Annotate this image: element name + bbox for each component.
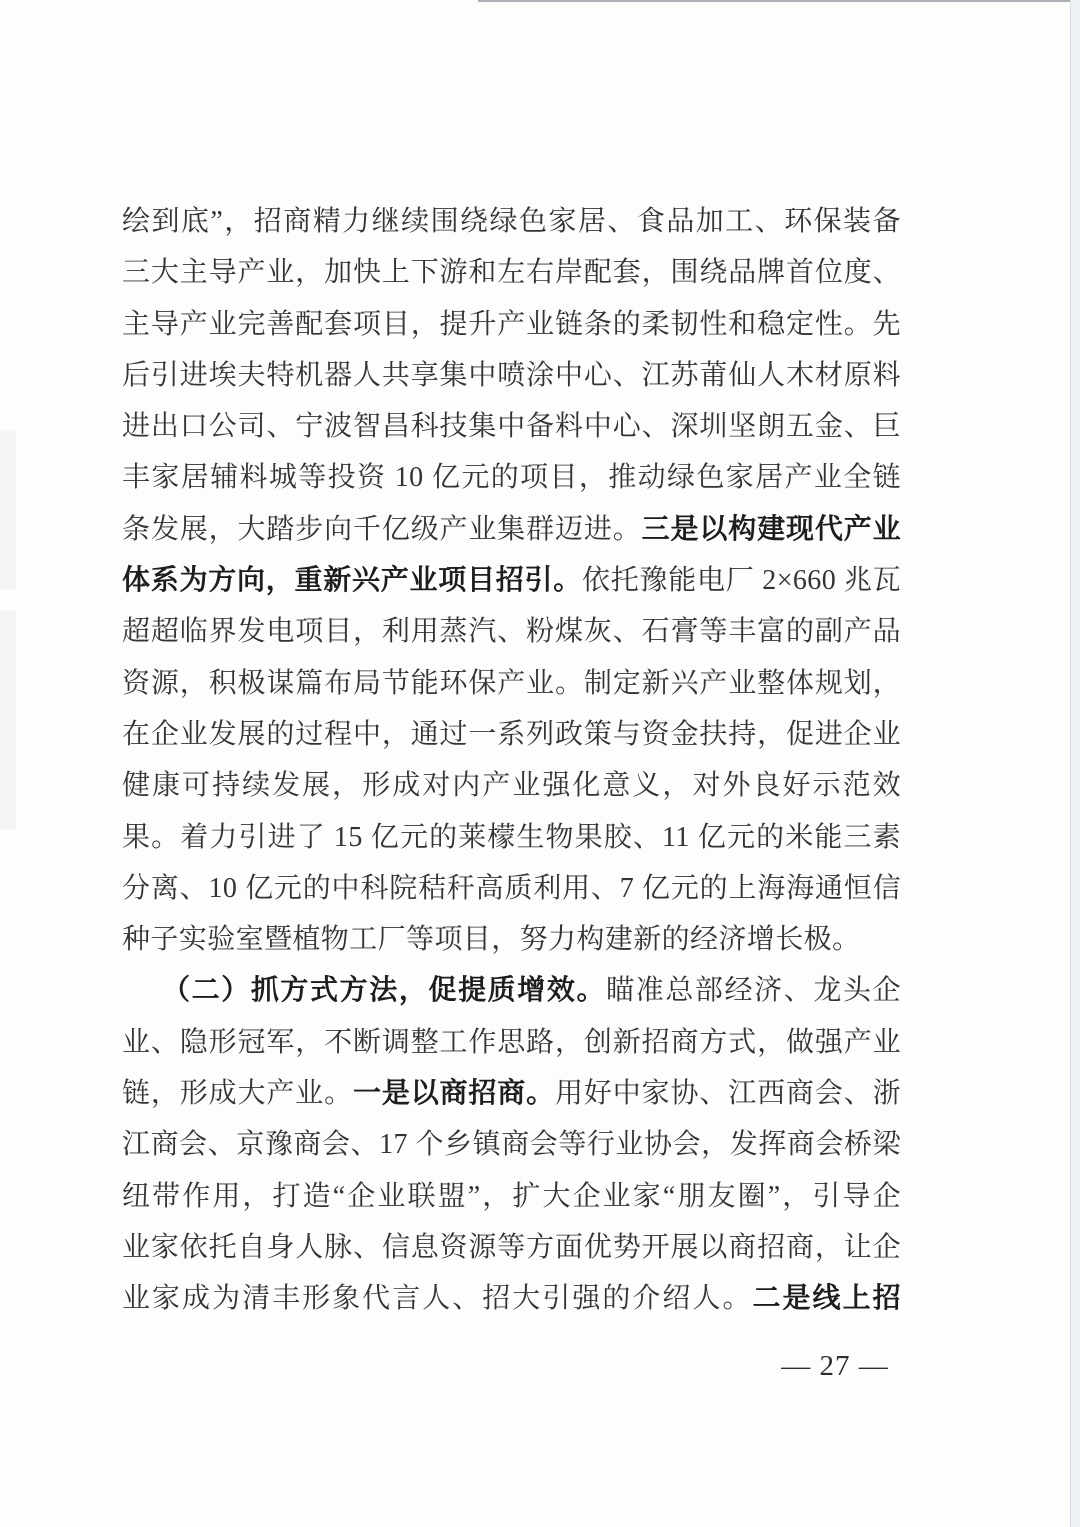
text-segment: 绘到底”，招商精力继续围绕绿色家居、食品加工、环保装备 — [122, 206, 901, 237]
text-line: 链，形成大产业。一是以商招商。用好中家协、江西商会、浙 — [122, 1068, 901, 1119]
text-segment: 链，形成大产业。 — [122, 1078, 353, 1109]
text-segment: 后引进埃夫特机器人共享集中喷涂中心、江苏莆仙人木材原料 — [122, 360, 901, 391]
text-line: 在企业发展的过程中，通过一系列政策与资金扶持，促进企业 — [122, 709, 901, 760]
text-segment: 纽带作用，打造“企业联盟”，扩大企业家“朋友圈”，引导企 — [122, 1181, 901, 1212]
text-line: 业家成为清丰形象代言人、招大引强的介绍人。二是线上招 — [122, 1273, 901, 1324]
text-line: 业、隐形冠军，不断调整工作思路，创新招商方式，做强产业 — [122, 1017, 901, 1068]
scan-edge-artifact-right — [1070, 0, 1080, 1527]
text-line: 业家依托自身人脉、信息资源等方面优势开展以商招商，让企 — [122, 1222, 901, 1273]
text-line: 资源，积极谋篇布局节能环保产业。制定新兴产业整体规划， — [122, 658, 901, 709]
text-line: 果。着力引进了 15 亿元的莱檬生物果胶、11 亿元的米能三素 — [122, 812, 901, 863]
text-line: 健康可持续发展，形成对内产业强化意义，对外良好示范效 — [122, 760, 901, 811]
text-line: 种子实验室暨植物工厂等项目，努力构建新的经济增长极。 — [122, 914, 901, 965]
text-segment: 条发展，大踏步向千亿级产业集群迈进。 — [122, 514, 642, 545]
text-segment: 瞄准总部经济、龙头企 — [606, 975, 901, 1006]
text-line: 进出口公司、宁波智昌科技集中备料中心、深圳坚朗五金、巨 — [122, 401, 901, 452]
text-line: （二）抓方式方法，促提质增效。瞄准总部经济、龙头企 — [122, 965, 901, 1016]
document-text: 绘到底”，招商精力继续围绕绿色家居、食品加工、环保装备三大主导产业，加快上下游和… — [122, 196, 901, 1325]
text-segment: 在企业发展的过程中，通过一系列政策与资金扶持，促进企业 — [122, 719, 901, 750]
text-segment: 依托豫能电厂 2×660 兆瓦 — [582, 565, 901, 596]
text-segment: 果。着力引进了 15 亿元的莱檬生物果胶、11 亿元的米能三素 — [122, 822, 901, 853]
scan-edge-artifact-top — [478, 0, 1080, 3]
bold-text-segment: （二）抓方式方法，促提质增效。 — [162, 975, 606, 1006]
text-line: 分离、10 亿元的中科院秸秆高质利用、7 亿元的上海海通恒信 — [122, 863, 901, 914]
text-segment: 分离、10 亿元的中科院秸秆高质利用、7 亿元的上海海通恒信 — [122, 873, 901, 904]
text-line: 江商会、京豫商会、17 个乡镇商会等行业协会，发挥商会桥梁 — [122, 1119, 901, 1170]
text-segment: 丰家居辅料城等投资 10 亿元的项目，推动绿色家居产业全链 — [122, 462, 901, 493]
text-segment: 资源，积极谋篇布局节能环保产业。制定新兴产业整体规划， — [122, 668, 901, 699]
text-segment: 业家依托自身人脉、信息资源等方面优势开展以商招商，让企 — [122, 1232, 901, 1263]
text-line: 条发展，大踏步向千亿级产业集群迈进。三是以构建现代产业 — [122, 504, 901, 555]
text-line: 后引进埃夫特机器人共享集中喷涂中心、江苏莆仙人木材原料 — [122, 350, 901, 401]
text-segment: 业、隐形冠军，不断调整工作思路，创新招商方式，做强产业 — [122, 1027, 901, 1058]
bold-text-segment: 三是以构建现代产业 — [642, 514, 901, 545]
page-number: — 27 — — [760, 1350, 910, 1383]
bold-text-segment: 二是线上招 — [753, 1283, 902, 1314]
text-segment: 用好中家协、江西商会、浙 — [555, 1078, 901, 1109]
bold-text-segment: 一是以商招商。 — [353, 1078, 555, 1109]
text-segment: 三大主导产业，加快上下游和左右岸配套，围绕品牌首位度、 — [122, 257, 901, 288]
text-line: 三大主导产业，加快上下游和左右岸配套，围绕品牌首位度、 — [122, 247, 901, 298]
scan-smudge-left — [0, 430, 16, 590]
text-segment: 江商会、京豫商会、17 个乡镇商会等行业协会，发挥商会桥梁 — [122, 1129, 901, 1160]
text-line: 丰家居辅料城等投资 10 亿元的项目，推动绿色家居产业全链 — [122, 452, 901, 503]
text-line: 主导产业完善配套项目，提升产业链条的柔韧性和稳定性。先 — [122, 299, 901, 350]
text-segment: 主导产业完善配套项目，提升产业链条的柔韧性和稳定性。先 — [122, 309, 901, 340]
text-line: 超超临界发电项目，利用蒸汽、粉煤灰、石膏等丰富的副产品 — [122, 606, 901, 657]
text-segment: 业家成为清丰形象代言人、招大引强的介绍人。 — [122, 1283, 753, 1314]
text-segment: 进出口公司、宁波智昌科技集中备料中心、深圳坚朗五金、巨 — [122, 411, 901, 442]
text-segment: 种子实验室暨植物工厂等项目，努力构建新的经济增长极。 — [122, 924, 860, 955]
text-segment: 健康可持续发展，形成对内产业强化意义，对外良好示范效 — [122, 770, 901, 801]
scan-smudge-left — [0, 610, 16, 830]
bold-text-segment: 体系为方向，重新兴产业项目招引。 — [122, 565, 582, 596]
text-segment: 超超临界发电项目，利用蒸汽、粉煤灰、石膏等丰富的副产品 — [122, 616, 901, 647]
scanned-document-page: 绘到底”，招商精力继续围绕绿色家居、食品加工、环保装备三大主导产业，加快上下游和… — [0, 0, 1080, 1527]
text-line: 体系为方向，重新兴产业项目招引。依托豫能电厂 2×660 兆瓦 — [122, 555, 901, 606]
text-line: 绘到底”，招商精力继续围绕绿色家居、食品加工、环保装备 — [122, 196, 901, 247]
text-line: 纽带作用，打造“企业联盟”，扩大企业家“朋友圈”，引导企 — [122, 1171, 901, 1222]
